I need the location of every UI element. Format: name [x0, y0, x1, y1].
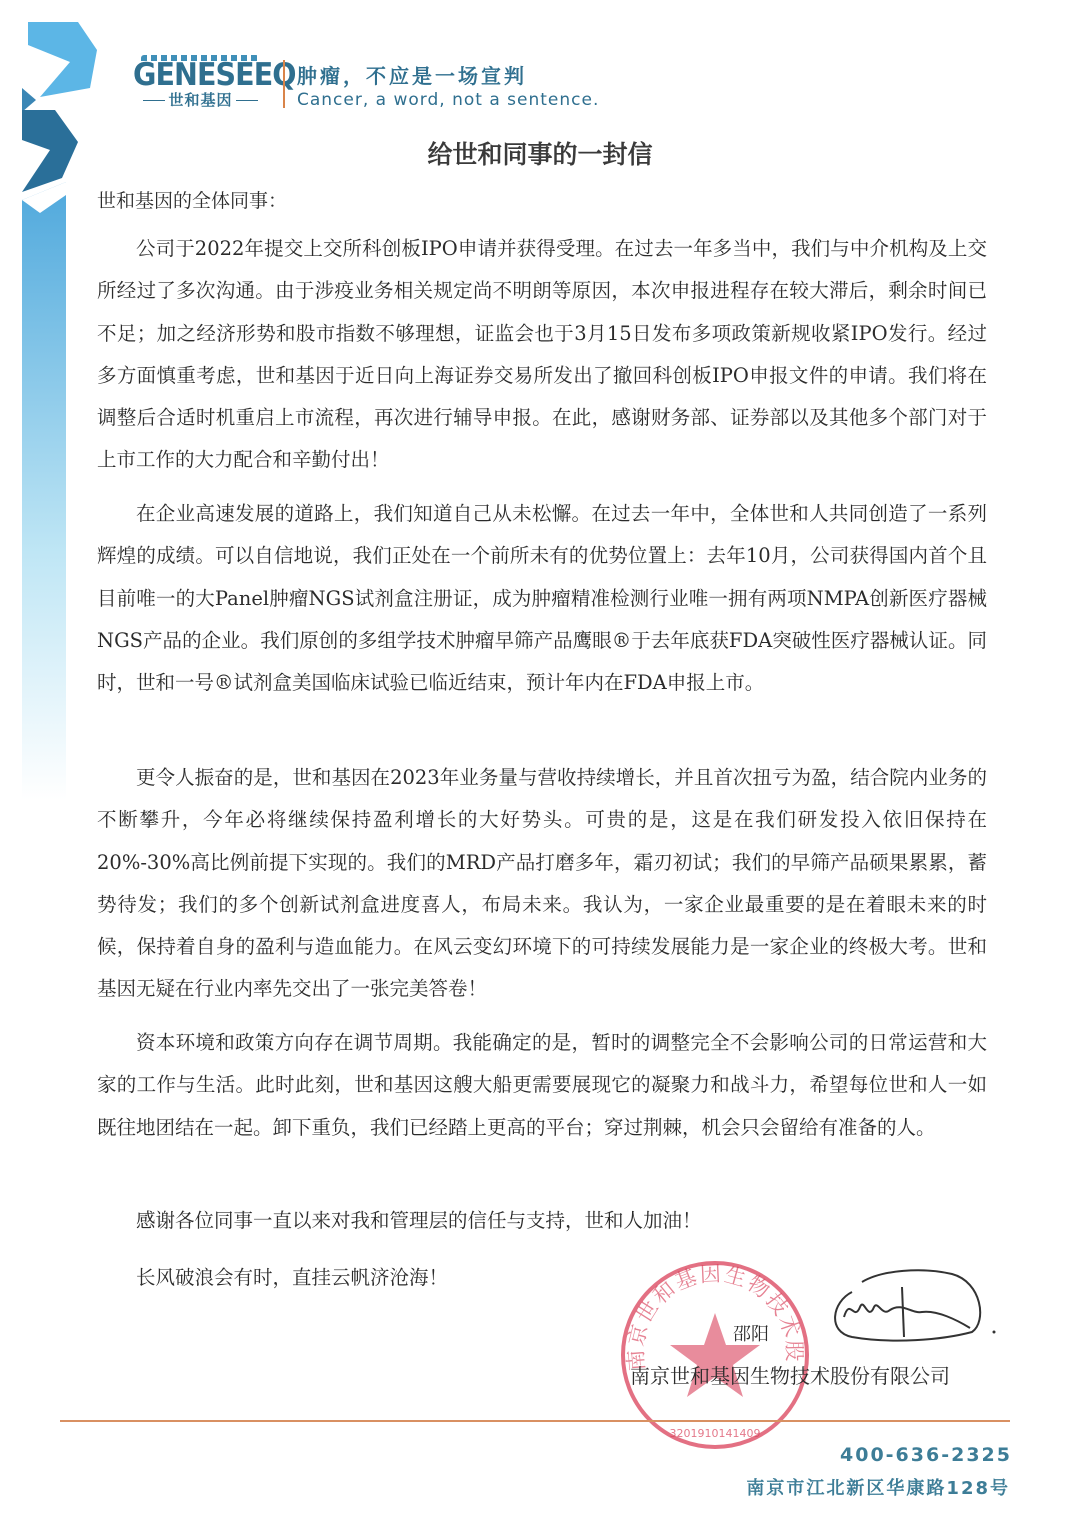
footer-divider: [60, 1420, 1010, 1422]
letter-salutation: 世和基因的全体同事：: [97, 186, 287, 213]
paragraph-ipo-withdrawal: 公司于2022年提交上交所科创板IPO申请并获得受理。在过去一年多当中，我们与中…: [97, 228, 987, 482]
letter-title: 给世和同事的一封信: [0, 135, 1080, 171]
seal-number: 3201910141409: [670, 1427, 761, 1440]
paragraph-thanks: 感谢各位同事一直以来对我和管理层的信任与支持，世和人加油！: [97, 1200, 987, 1242]
handwritten-signature: [822, 1262, 1002, 1347]
paragraph-profitability: 更令人振奋的是，世和基因在2023年业务量与营收持续增长，并且首次扭亏为盈，结合…: [97, 757, 987, 1011]
company-seal-stamp: 南京世和基因生物技术股份有限公司 3201910141409: [615, 1255, 815, 1455]
footer-address: 南京市江北新区华康路128号: [746, 1474, 1010, 1500]
side-chevron-decoration: [0, 0, 110, 800]
slogan-chinese: 肿瘤，不应是一场宣判: [297, 60, 527, 89]
geneseeq-logo: GENESEEQ 世和基因: [133, 55, 268, 115]
signatory-company: 南京世和基因生物技术股份有限公司: [630, 1360, 950, 1389]
signatory-name: 邵阳: [733, 1320, 769, 1346]
paragraph-outlook: 资本环境和政策方向存在调节周期。我能确定的是，暂时的调整完全不会影响公司的日常运…: [97, 1022, 987, 1149]
paragraph-achievements: 在企业高速发展的道路上，我们知道自己从未松懈。在过去一年中，全体世和人共同创造了…: [97, 493, 987, 704]
logo-wordmark: GENESEEQ: [133, 59, 257, 91]
slogan-english: Cancer, a word, not a sentence.: [297, 90, 599, 110]
footer-phone: 400-636-2325: [840, 1444, 1012, 1466]
header-divider: [283, 60, 285, 108]
